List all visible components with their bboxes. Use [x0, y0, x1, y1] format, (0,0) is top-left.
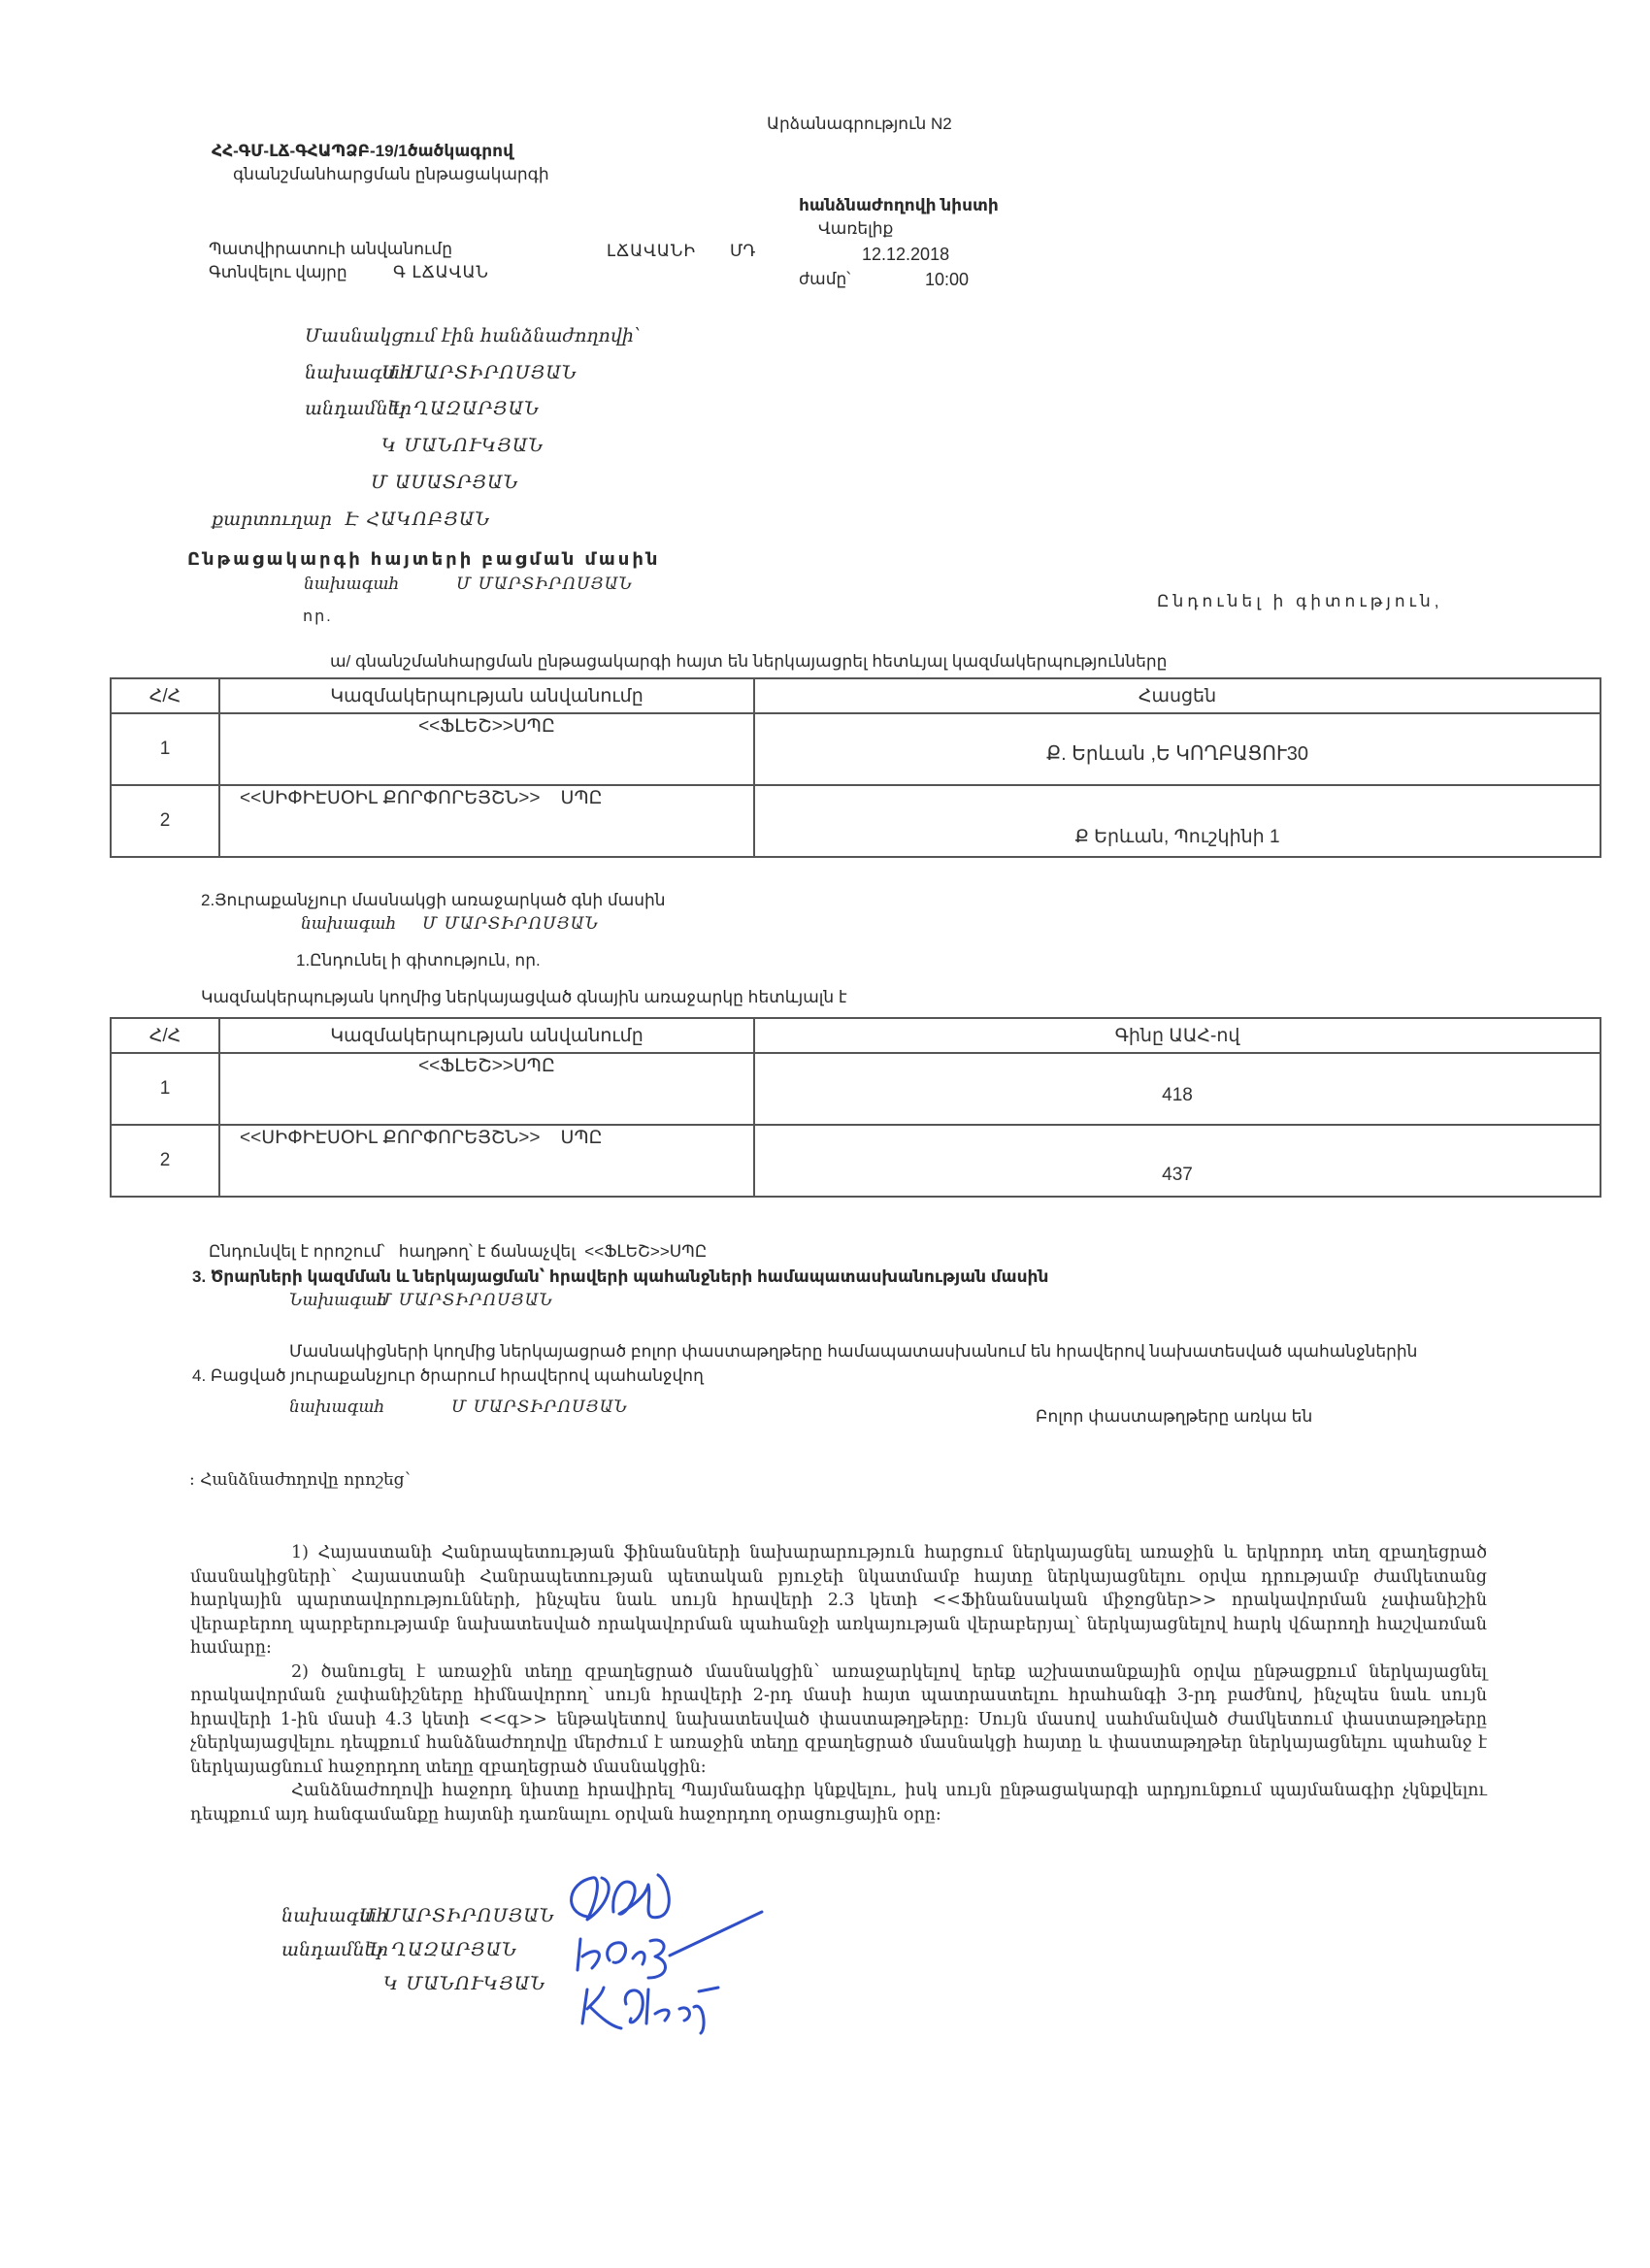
participants-intro: Մասնակցում էին հանձնաժողովի՝	[305, 325, 641, 346]
meeting-date: 12.12.2018	[862, 245, 949, 265]
col-number: Հ/Հ	[111, 1018, 219, 1053]
procedure-type: գնանշմանհարցման ընթացակարգի	[233, 165, 549, 184]
sig-member-name: Ն ՂԱԶԱՐՅԱՆ	[369, 1939, 517, 1960]
col-organization: Կազմակերպության անվանումը	[219, 678, 754, 713]
section3-text: Մասնակիցների կողմից ներկայացրած բոլոր փա…	[289, 1342, 1417, 1362]
section3-chair-label: Նախագահ	[289, 1291, 387, 1310]
section2-chair-label: նախագահ	[301, 914, 396, 934]
col-address: Հասցեն	[754, 678, 1600, 713]
location-label: Գտնվելու վայրը	[209, 263, 347, 282]
chair-name: Մ ՄԱՐՏԻՐՈՍՅԱՆ	[381, 362, 577, 383]
decision-paragraph-3: Հանձնաժողովի հաջորդ նիստը հրավիրել Պայմա…	[190, 1779, 1487, 1826]
procurement-code: ՀՀ-ԳՄ-ԼՃ-ԳՀԱՊՁԲ-19/1ծածկագրով	[212, 142, 513, 161]
organization-address: Ք. Երևան ,Ե ԿՈՂԲԱՑՈՒ30	[754, 713, 1600, 785]
section4-chair-name: Մ ՄԱՐՏԻՐՈՍՅԱՆ	[451, 1397, 628, 1417]
table-row: 1 <<ՖԼԵՇ>>ՍՊԸ 418	[111, 1053, 1600, 1125]
row-number: 2	[111, 785, 219, 857]
section1-title: Ընթացակարգի հայտերի բացման մասին	[187, 549, 660, 570]
section2-title: 2.Յուրաքանչյուր մասնակցի առաջարկած գնի մ…	[201, 891, 666, 910]
row-number: 1	[111, 713, 219, 785]
bidders-table: Հ/Հ Կազմակերպության անվանումը Հասցեն 1 <…	[110, 677, 1601, 858]
decision-paragraph-1: 1) Հայաստանի Հանրապետության ֆինանսների ն…	[190, 1541, 1487, 1660]
col-organization: Կազմակերպության անվանումը	[219, 1018, 754, 1053]
section2-chair-name: Մ ՄԱՐՏԻՐՈՍՅԱՆ	[422, 914, 599, 934]
annex-label: Արձանագրություն N2	[767, 115, 952, 134]
section4-chair-label: նախագահ	[289, 1397, 384, 1417]
section1-chair-name: Մ ՄԱՐՏԻՐՈՍՅԱՆ	[456, 575, 633, 594]
table-header-row: Հ/Հ Կազմակերպության անվանումը Գինը ԱԱՀ-ո…	[111, 1018, 1600, 1053]
decision-title: : Հանձնաժողովը որոշեց՝	[189, 1470, 411, 1490]
signature-stroke	[670, 1912, 762, 1956]
table-header-row: Հ/Հ Կազմակերպության անվանումը Հասցեն	[111, 678, 1600, 713]
meeting-time: 10:00	[925, 270, 969, 290]
section2-decision: 1.Ընդունել ի գիտություն, որ.	[296, 951, 541, 970]
section4-text: Բոլոր փաստաթղթերը առկա են	[1036, 1407, 1312, 1427]
winner-decision: Ընդունվել է որոշում՝ հաղթող՝ է ճանաչվել …	[209, 1242, 707, 1262]
table-row: 2 <<ՍԻՓԻԷՍՕԻԼ ՔՈՐՓՈՐԵՅՇՆ>> ՍՊԸ Ք Երևան, …	[111, 785, 1600, 857]
organization-name: <<ՖԼԵՇ>>ՍՊԸ	[219, 1053, 754, 1125]
signature-chair	[572, 1878, 610, 1920]
section2-intro: Կազմակերպության կողմից ներկայացված գնայի…	[201, 988, 847, 1007]
signature-member1	[577, 1939, 665, 1978]
customer-suffix: ՄԴ	[730, 242, 755, 261]
organization-address: Ք Երևան, Պուշկինի 1	[754, 785, 1600, 857]
sig-member-name: Կ ՄԱՆՈՒԿՅԱՆ	[383, 1973, 545, 1994]
organization-name: <<ՍԻՓԻԷՍՕԻԼ ՔՈՐՓՈՐԵՅՇՆ>> ՍՊԸ	[219, 1125, 754, 1197]
row-number: 1	[111, 1053, 219, 1125]
secretary-label: քարտուղար	[212, 509, 332, 530]
secretary-name: Է ՀԱԿՈԲՅԱՆ	[345, 509, 490, 530]
table-row: 1 <<ՖԼԵՇ>>ՍՊԸ Ք. Երևան ,Ե ԿՈՂԲԱՑՈՒ30	[111, 713, 1600, 785]
decision-body: 1) Հայաստանի Հանրապետության ֆինանսների ն…	[190, 1541, 1487, 1826]
section1-decision: Ընդունել ի գիտություն,	[1157, 592, 1443, 611]
sig-chair-name: Մ ՄԱՐՏԻՐՈՍՅԱՆ	[359, 1905, 555, 1926]
time-label: ժամը՝	[799, 270, 850, 289]
organization-name: <<ՖԼԵՇ>>ՍՊԸ	[219, 713, 754, 785]
venue-label: Վառելիք	[818, 219, 893, 239]
price-value: 418	[754, 1053, 1600, 1125]
price-value: 437	[754, 1125, 1600, 1197]
handwritten-signatures	[534, 1863, 786, 2057]
customer-name: ԼՃԱՎԱՆԻ	[607, 242, 696, 261]
member-name: Կ ՄԱՆՈՒԿՅԱՆ	[381, 435, 544, 456]
col-number: Հ/Հ	[111, 678, 219, 713]
row-number: 2	[111, 1125, 219, 1197]
section3-chair-name: Մ ՄԱՐՏԻՐՈՍՅԱՆ	[377, 1291, 553, 1310]
prices-table: Հ/Հ Կազմակերպության անվանումը Գինը ԱԱՀ-ո…	[110, 1017, 1601, 1198]
table-row: 2 <<ՍԻՓԻԷՍՕԻԼ ՔՈՐՓՈՐԵՅՇՆ>> ՍՊԸ 437	[111, 1125, 1600, 1197]
meeting-title: հանձնաժողովի նիստի	[799, 196, 999, 215]
section1-that: որ.	[303, 607, 333, 626]
customer-label: Պատվիրատուի անվանումը	[209, 240, 452, 259]
member-name: Ն ՂԱԶԱՐՅԱՆ	[391, 398, 540, 419]
col-price: Գինը ԱԱՀ-ով	[754, 1018, 1600, 1053]
section1-chair-label: նախագահ	[304, 575, 399, 594]
decision-paragraph-2: 2) ծանուցել է առաջին տեղը զբաղեցրած մասն…	[190, 1660, 1487, 1780]
member-name: Մ ԱՍԱՏՐՅԱՆ	[371, 472, 519, 493]
section1-intro: ա/ գնանշմանհարցման ընթացակարգի հայտ են ն…	[330, 652, 1167, 672]
location-value: Գ ԼՃԱՎԱՆ	[393, 263, 489, 282]
section3-title: 3. Ծրարների կազմման և ներկայացման՝ հրավե…	[192, 1267, 1048, 1287]
organization-name: <<ՍԻՓԻԷՍՕԻԼ ՔՈՐՓՈՐԵՅՇՆ>> ՍՊԸ	[219, 785, 754, 857]
section4-title: 4. Բացված յուրաքանչյուր ծրարում հրավերով…	[192, 1366, 704, 1386]
signature-member2	[582, 1988, 718, 2033]
